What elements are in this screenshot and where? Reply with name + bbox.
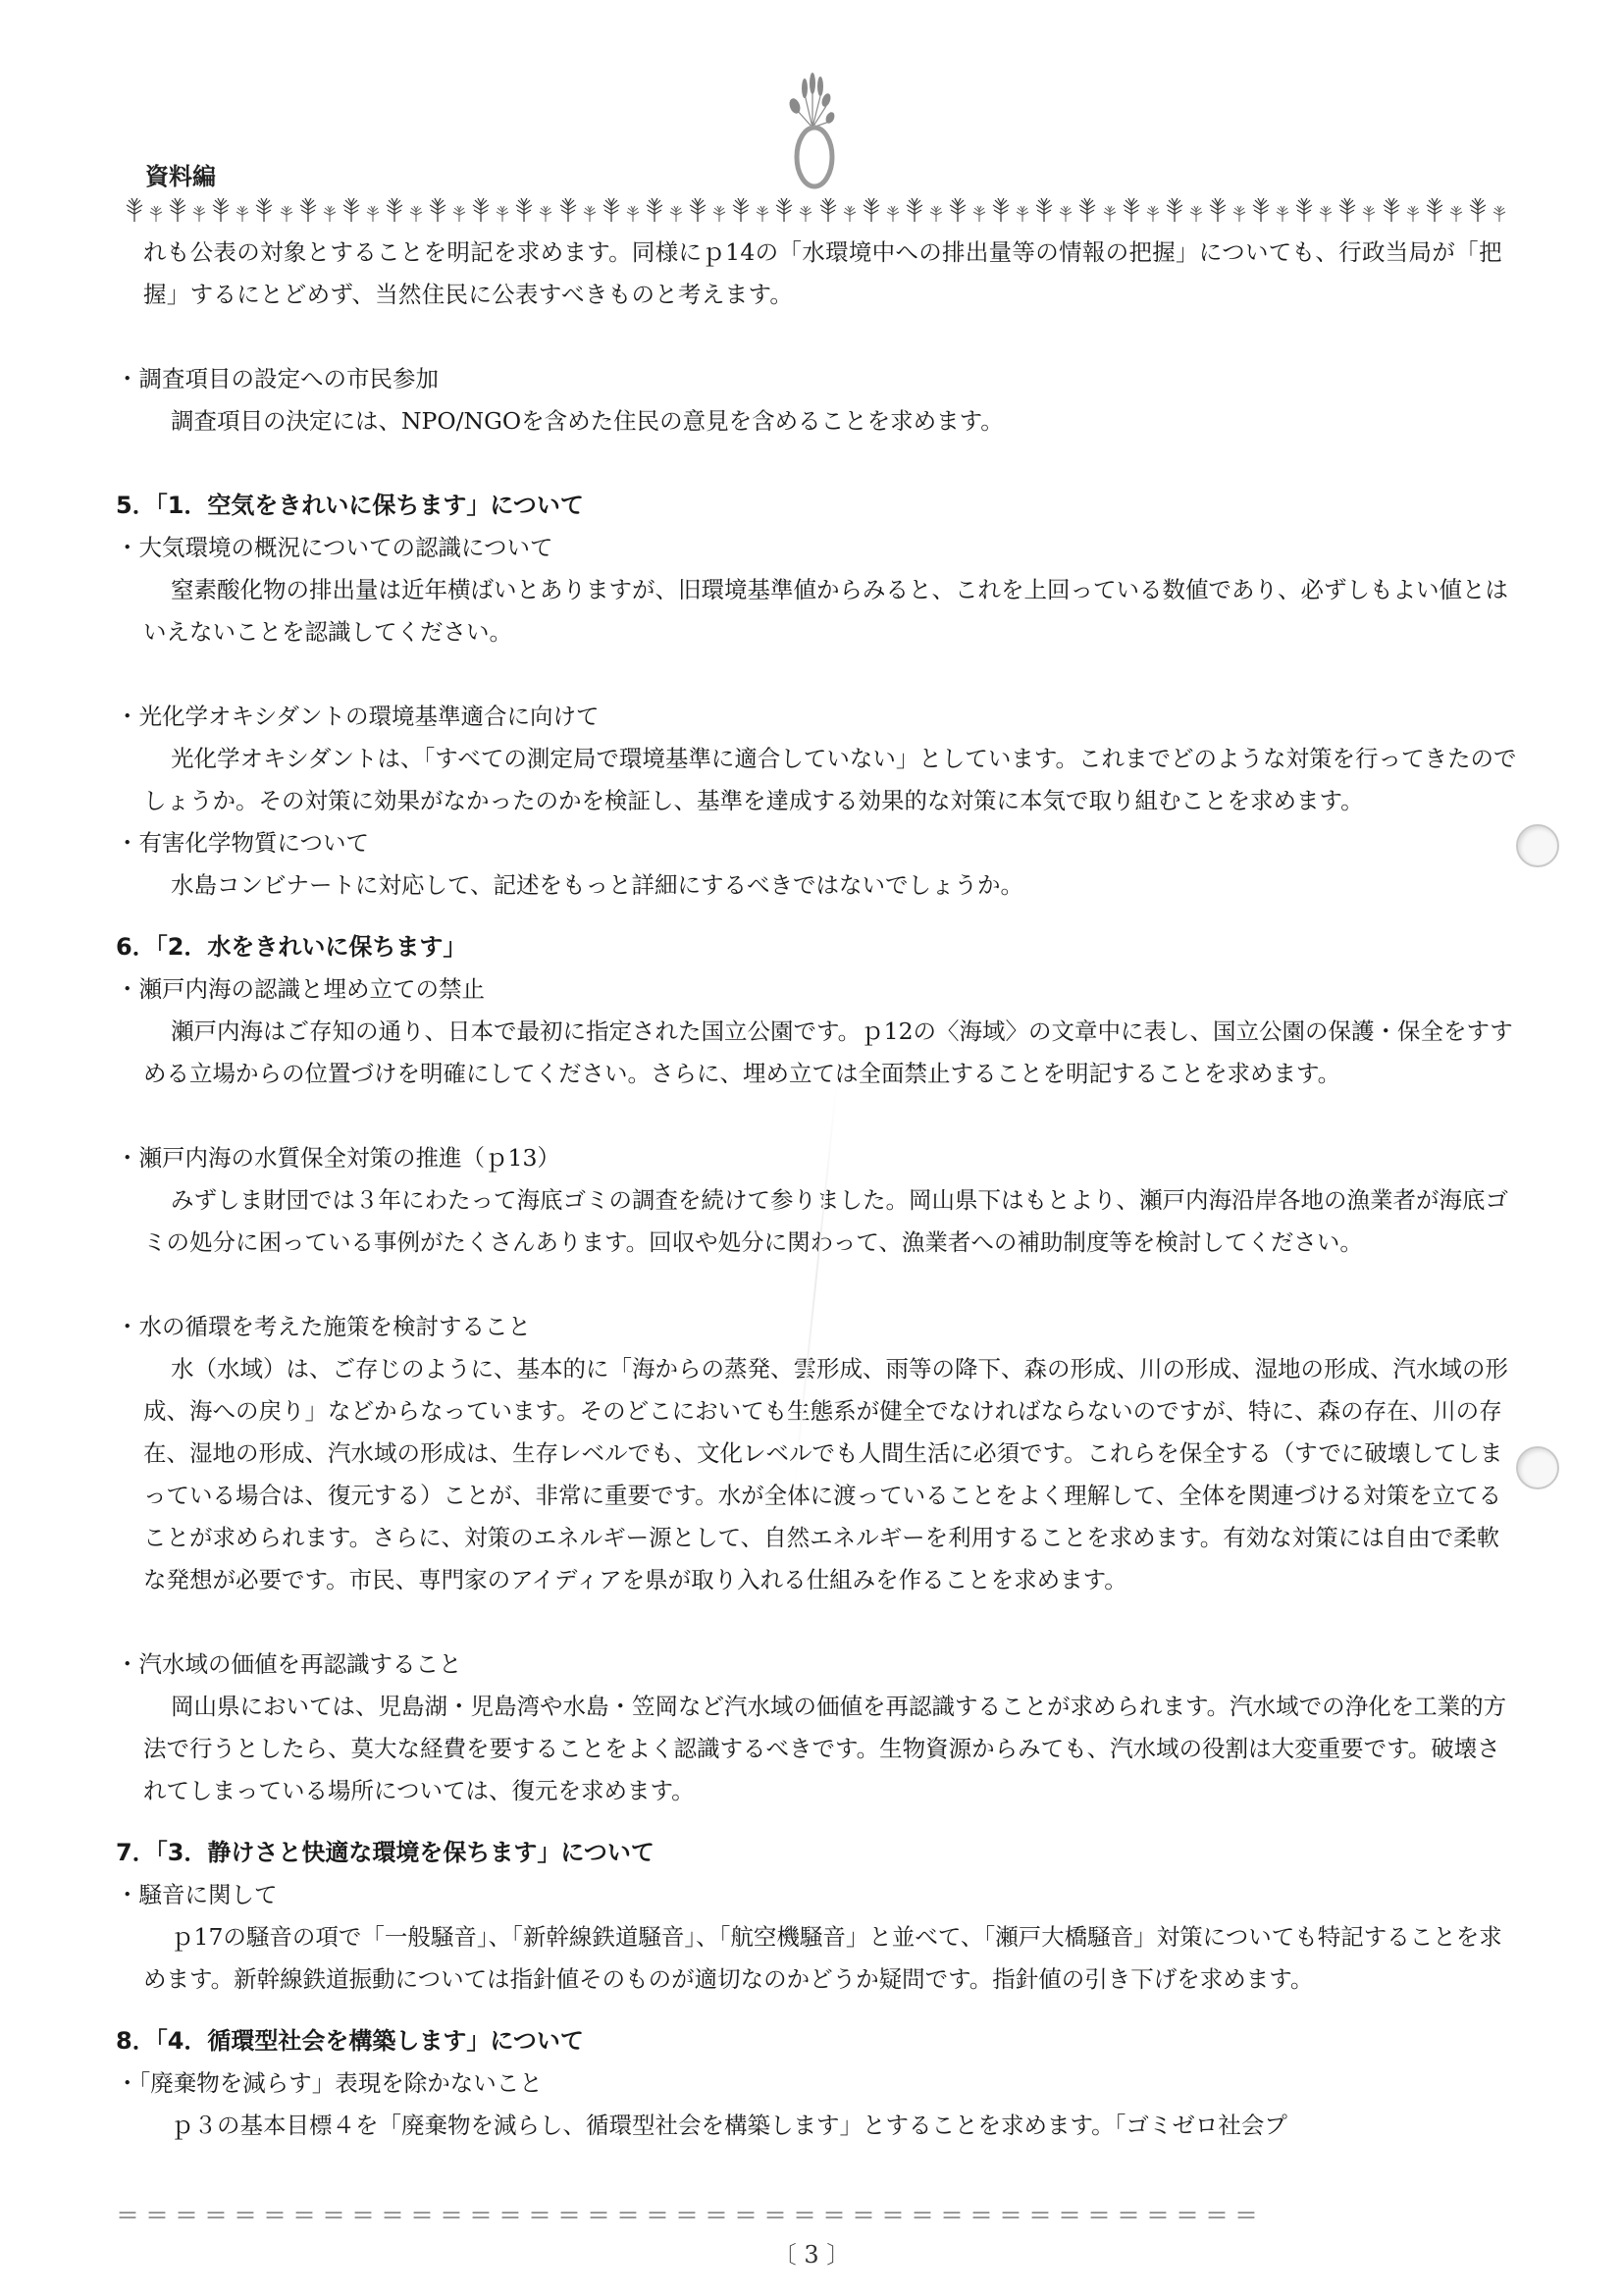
tree-icon	[1231, 204, 1247, 226]
tree-icon	[798, 204, 813, 226]
item-body: ｐ17の騒音の項で「一般騒音」、「新幹線鉄道騒音」、「航空機騒音」と並べて、「瀬…	[116, 1916, 1519, 2001]
tree-icon	[124, 196, 145, 226]
tree-icon	[191, 204, 207, 226]
tree-icon	[625, 204, 641, 226]
tree-icon	[322, 204, 338, 226]
item-title: ・調査項目の設定への市民参加	[116, 358, 1519, 400]
punch-hole-icon	[1516, 824, 1559, 867]
tree-icon	[1188, 204, 1204, 226]
tree-icon	[148, 204, 164, 226]
tree-icon	[1336, 196, 1358, 226]
tree-icon	[1121, 196, 1142, 226]
tree-icon	[427, 196, 448, 226]
tree-icon	[297, 196, 319, 226]
tree-icon	[1467, 196, 1489, 226]
punch-hole-icon	[1516, 1446, 1559, 1489]
item-body: 水島コンビナートに対応して、記述をもっと詳細にするべきではないでしょうか。	[116, 864, 1519, 907]
section-heading-5: 5．「1．空気をきれいに保ちます」について	[116, 485, 1519, 527]
tree-icon	[384, 196, 405, 226]
tree-icon	[644, 196, 665, 226]
item-body: 瀬戸内海はご存知の通り、日本で最初に指定された国立公園です。ｐ12の〈海域〉の文…	[116, 1011, 1519, 1095]
section-heading-8: 8．「4．循環型社会を構築します」について	[116, 2020, 1519, 2062]
tree-icon	[668, 204, 684, 226]
tree-icon	[1076, 196, 1098, 226]
item-title: ・光化学オキシダントの環境基準適合に向けて	[116, 696, 1519, 738]
tree-icon	[971, 204, 987, 226]
item-body: 光化学オキシダントは、「すべての測定局で環境基準に適合していない」としています。…	[116, 738, 1519, 822]
tree-icon	[408, 204, 424, 226]
tree-icon	[601, 196, 622, 226]
item-title: ・瀬戸内海の認識と埋め立ての禁止	[116, 968, 1519, 1011]
tree-icon	[1361, 204, 1377, 226]
tree-icon	[451, 204, 467, 226]
tree-icon	[1275, 204, 1290, 226]
tree-icon	[861, 196, 882, 226]
tree-icon	[730, 196, 752, 226]
tree-icon	[1448, 204, 1464, 226]
footer-double-rule: ＝＝＝＝＝＝＝＝＝＝＝＝＝＝＝＝＝＝＝＝＝＝＝＝＝＝＝＝＝＝＝＝＝＝＝＝＝＝＝	[116, 2196, 1519, 2230]
item-title: ・水の循環を考えた施策を検討すること	[116, 1306, 1519, 1348]
tree-icon	[279, 204, 294, 226]
tree-icon	[928, 204, 944, 226]
tree-row-border	[124, 196, 1507, 226]
section-heading-7: 7．「3．静けさと快適な環境を保ちます」について	[116, 1832, 1519, 1874]
item-title: ・大気環境の概況についての認識について	[116, 527, 1519, 569]
tree-icon	[885, 204, 901, 226]
tree-in-ring-logo-icon	[775, 69, 854, 191]
item-title: ・騒音に関して	[116, 1874, 1519, 1916]
page-number: 〔 3 〕	[0, 2235, 1623, 2270]
tree-icon	[904, 196, 925, 226]
item-title: ・瀬戸内海の水質保全対策の推進（ｐ13）	[116, 1137, 1519, 1179]
tree-icon	[340, 196, 362, 226]
tree-icon	[1015, 204, 1030, 226]
tree-icon	[990, 196, 1012, 226]
tree-icon	[842, 204, 858, 226]
tree-icon	[1381, 196, 1402, 226]
tree-icon	[755, 204, 770, 226]
tree-icon	[947, 196, 969, 226]
tree-icon	[365, 204, 381, 226]
item-title: ・「廃棄物を減らす」表現を除かないこと	[116, 2062, 1519, 2105]
tree-icon	[1405, 204, 1421, 226]
tree-icon	[495, 204, 510, 226]
tree-icon	[582, 204, 598, 226]
intro-paragraph: れも公表の対象とすることを明記を求めます。同様にｐ14の「水環境中への排出量等の…	[116, 232, 1519, 316]
tree-icon	[1293, 196, 1315, 226]
item-title: ・有害化学物質について	[116, 822, 1519, 864]
item-body: ｐ３の基本目標４を「廃棄物を減らし、循環型社会を構築します」とすることを求めます…	[116, 2105, 1519, 2147]
item-body: 調査項目の決定には、NPO/NGOを含めた住民の意見を含めることを求めます。	[116, 400, 1519, 443]
tree-icon	[1424, 196, 1445, 226]
tree-icon	[1250, 196, 1272, 226]
item-body: 窒素酸化物の排出量は近年横ばいとありますが、旧環境基準値からみると、これを上回っ…	[116, 569, 1519, 653]
tree-icon	[1207, 196, 1229, 226]
tree-icon	[167, 196, 188, 226]
tree-icon	[538, 204, 553, 226]
section-heading-6: 6．「2．水をきれいに保ちます」	[116, 926, 1519, 968]
item-body: 水（水域）は、ご存じのように、基本的に「海からの蒸発、雲形成、雨等の降下、森の形…	[116, 1348, 1519, 1601]
tree-icon	[470, 196, 492, 226]
tree-icon	[711, 204, 727, 226]
tree-icon	[1058, 204, 1073, 226]
tree-icon	[1033, 196, 1055, 226]
tree-icon	[1102, 204, 1118, 226]
document-body: れも公表の対象とすることを明記を求めます。同様にｐ14の「水環境中への排出量等の…	[116, 232, 1519, 2147]
tree-icon	[773, 196, 795, 226]
tree-icon	[513, 196, 535, 226]
tree-icon	[557, 196, 579, 226]
tree-icon	[1164, 196, 1185, 226]
tree-icon	[1318, 204, 1334, 226]
tree-icon	[235, 204, 250, 226]
section-label: 資料編	[145, 157, 216, 191]
tree-icon	[817, 196, 839, 226]
tree-icon	[210, 196, 232, 226]
tree-icon	[687, 196, 708, 226]
item-title: ・汽水域の価値を再認識すること	[116, 1644, 1519, 1686]
tree-icon	[1145, 204, 1161, 226]
tree-icon	[1492, 204, 1507, 226]
tree-icon	[253, 196, 275, 226]
item-body: 岡山県においては、児島湖・児島湾や水島・笠岡など汽水域の価値を再認識することが求…	[116, 1686, 1519, 1812]
